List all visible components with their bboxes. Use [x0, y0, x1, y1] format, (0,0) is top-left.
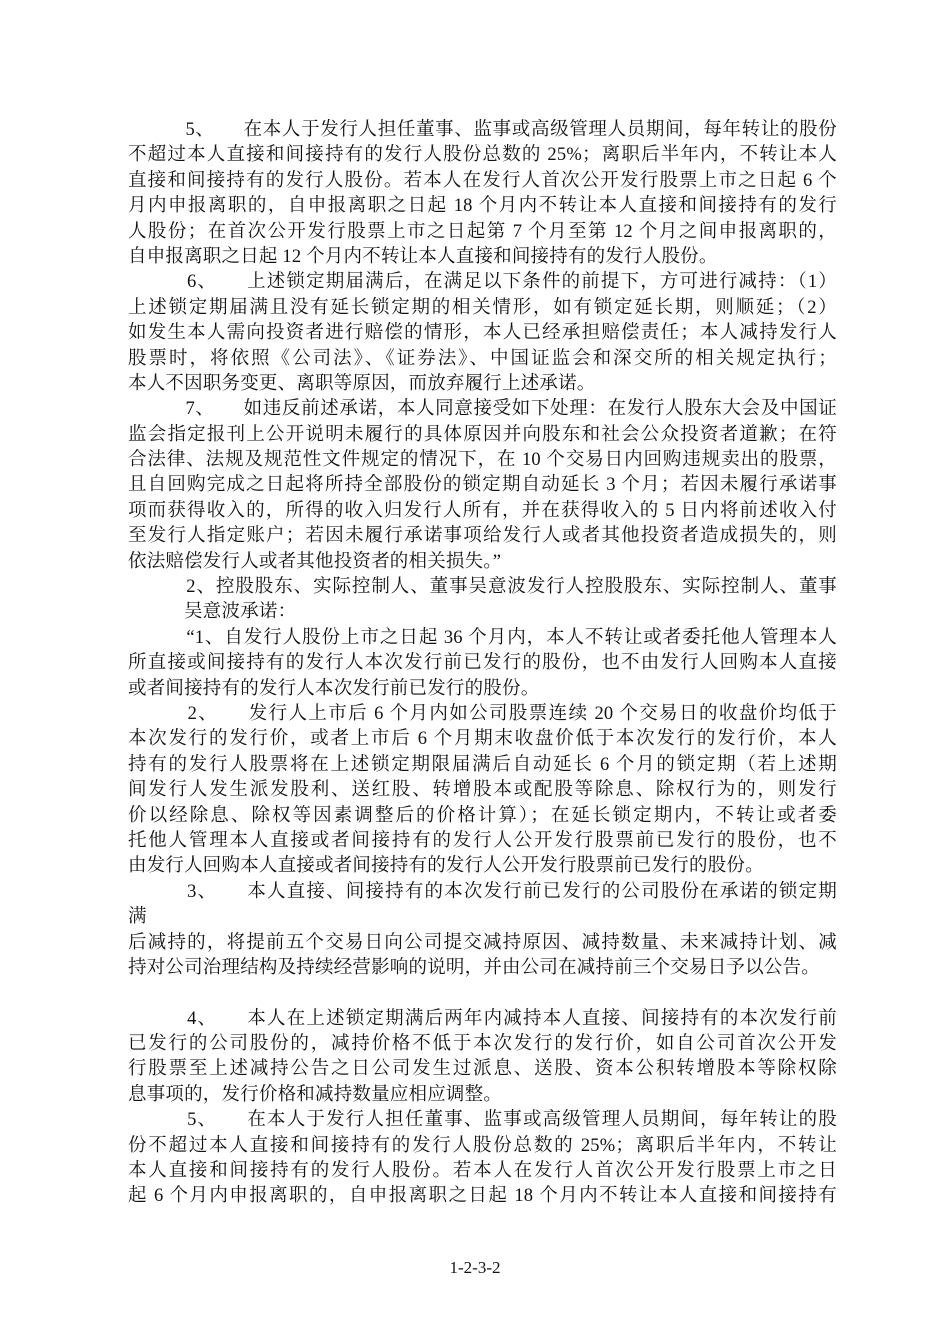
- text-line: 监会指定报刊上公开说明未履行的具体原因并向股东和社会公众投资者道歉；在符: [128, 423, 837, 448]
- text-line: 至发行人指定账户；若因未履行承诺事项给发行人或者其他投资者造成损失的，则: [128, 524, 837, 549]
- text-line: 满: [128, 905, 837, 930]
- text-line: 5、 在本人于发行人担任董事、监事或高级管理人员期间，每年转让的股份: [128, 118, 837, 143]
- text-line: 股票时，将依照《公司法》、《证券法》、中国证监会和深交所的相关规定执行；: [128, 347, 837, 372]
- text-line: 上述锁定期届满且没有延长锁定期的相关情形，如有锁定延长期，则顺延；（2）: [128, 296, 837, 321]
- text-line: 6、 上述锁定期届满后，在满足以下条件的前提下，方可进行减持：（1）: [128, 270, 837, 295]
- text-line: 合法律、法规及规范性文件规定的情况下，在 10 个交易日内回购违规卖出的股票，: [128, 448, 837, 473]
- text-line: 2、控股股东、实际控制人、董事吴意波发行人控股股东、实际控制人、董事: [128, 575, 837, 600]
- blank-spacer: [128, 981, 837, 1006]
- commitment-3-pre-reduction-disclosure: 3、 本人直接、间接持有的本次发行前已发行的公司股份在承诺的锁定期满后减持的，将…: [128, 880, 837, 982]
- item-6-post-lockup-reduction-conditions: 6、 上述锁定期届满后，在满足以下条件的前提下，方可进行减持：（1）上述锁定期届…: [128, 270, 837, 397]
- paragraphs: 5、 在本人于发行人担任董事、监事或高级管理人员期间，每年转让的股份不超过本人直…: [128, 118, 837, 1210]
- text-line: 份不超过本人直接和间接持有的发行人股份总数的 25%；离职后半年内，不转让: [128, 1134, 837, 1159]
- text-line: 由发行人回购本人直接或者间接持有的发行人公开发行股票前已发行的股份。: [128, 854, 837, 879]
- text-line: 所直接或间接持有的发行人本次发行前已发行的股份，也不由发行人回购本人直接: [128, 651, 837, 676]
- text-line: 自申报离职之日起 12 个月内不转让本人直接和间接持有的发行人股份。: [128, 245, 837, 270]
- text-line: 人股份；在首次公开发行股票上市之日起第 7 个月至第 12 个月之间申报离职的，: [128, 220, 837, 245]
- document-page: 5、 在本人于发行人担任董事、监事或高级管理人员期间，每年转让的股份不超过本人直…: [0, 0, 950, 1344]
- text-line: 持有的发行人股票将在上述锁定期限届满后自动延长 6 个月的锁定期（若上述期: [128, 753, 837, 778]
- text-line: 3、 本人直接、间接持有的本次发行前已发行的公司股份在承诺的锁定期: [128, 880, 837, 905]
- text-line: 本次发行的发行价，或者上市后 6 个月期末收盘价低于本次发行的发行价，本人: [128, 727, 837, 752]
- text-line: 5、 在本人于发行人担任董事、监事或高级管理人员期间，每年转让的股: [128, 1108, 837, 1133]
- text-line: 行股票至上述减持公告之日公司发生过派息、送股、资本公积转增股本等除权除: [128, 1057, 837, 1082]
- text-line: 托他人管理本人直接或者间接持有的发行人公开发行股票前已发行的股份，也不: [128, 829, 837, 854]
- text-line: 7、 如违反前述承诺，本人同意接受如下处理：在发行人股东大会及中国证: [128, 397, 837, 422]
- text-line: 月内申报离职的，自申报离职之日起 18 个月内不转让本人直接和间接持有的发行: [128, 194, 837, 219]
- text-line: 已发行的公司股份的，减持价格不低于本次发行的发行价，如自公司首次公开发: [128, 1032, 837, 1057]
- text-line: 4、 本人在上述锁定期满后两年内减持本人直接、间接持有的本次发行前: [128, 1007, 837, 1032]
- text-line: 起 6 个月内申报离职的，自申报离职之日起 18 个月内不转让本人直接和间接持有: [128, 1184, 837, 1209]
- item-5-director-annual-transfer-limit: 5、 在本人于发行人担任董事、监事或高级管理人员期间，每年转让的股份不超过本人直…: [128, 118, 837, 270]
- item-7-breach-handling: 7、 如违反前述承诺，本人同意接受如下处理：在发行人股东大会及中国证监会指定报刊…: [128, 397, 837, 575]
- text-line: 息事项的，发行价格和减持数量应相应调整。: [128, 1083, 837, 1108]
- commitment-1-36-month-lockup: “1、自发行人股份上市之日起 36 个月内，本人不转让或者委托他人管理本人所直接…: [128, 626, 837, 702]
- section-2-controlling-shareholder-heading: 2、控股股东、实际控制人、董事吴意波发行人控股股东、实际控制人、董事 吴意波承诺…: [128, 575, 837, 626]
- text-line: 项而获得收入的，所得的收入归发行人所有，并在获得收入的 5 日内将前述收入付: [128, 499, 837, 524]
- text-line: 本人不因职务变更、离职等原因，而放弃履行上述承诺。: [128, 372, 837, 397]
- text-line: 不超过本人直接和间接持有的发行人股份总数的 25%；离职后半年内，不转让本人: [128, 143, 837, 168]
- text-line: 持对公司治理结构及持续经营影响的说明，并由公司在减持前三个交易日予以公告。: [128, 956, 837, 981]
- text-line: 且自回购完成之日起将所持全部股份的锁定期自动延长 3 个月；若因未履行承诺事: [128, 473, 837, 498]
- text-line: 本人直接和间接持有的发行人股份。若本人在发行人首次公开发行股票上市之日: [128, 1159, 837, 1184]
- commitment-5-director-annual-transfer-limit: 5、 在本人于发行人担任董事、监事或高级管理人员期间，每年转让的股份不超过本人直…: [128, 1108, 837, 1210]
- commitment-4-reduction-price-floor: 4、 本人在上述锁定期满后两年内减持本人直接、间接持有的本次发行前已发行的公司股…: [128, 1007, 837, 1109]
- page-number: 1-2-3-2: [0, 1256, 950, 1280]
- text-line: “1、自发行人股份上市之日起 36 个月内，本人不转让或者委托他人管理本人: [128, 626, 837, 651]
- text-line: 后减持的，将提前五个交易日向公司提交减持原因、减持数量、未来减持计划、减: [128, 931, 837, 956]
- commitment-2-price-triggered-extension: 2、 发行人上市后 6 个月内如公司股票连续 20 个交易日的收盘价均低于本次发…: [128, 702, 837, 880]
- text-line: 依法赔偿发行人或者其他投资者的相关损失。”: [128, 550, 837, 575]
- text-line: 2、 发行人上市后 6 个月内如公司股票连续 20 个交易日的收盘价均低于: [128, 702, 837, 727]
- text-line: 直接和间接持有的发行人股份。若本人在发行人首次公开发行股票上市之日起 6 个: [128, 169, 837, 194]
- text-line: 价以经除息、除权等因素调整后的价格计算）；在延长锁定期内，不转让或者委: [128, 804, 837, 829]
- text-line: 吴意波承诺：: [128, 600, 837, 625]
- text-line: 间发行人发生派发股利、送红股、转增股本或配股等除息、除权行为的，则发行: [128, 778, 837, 803]
- text-line: 如发生本人需向投资者进行赔偿的情形，本人已经承担赔偿责任；本人减持发行人: [128, 321, 837, 346]
- text-line: [128, 981, 837, 1006]
- text-line: 或者间接持有的发行人本次发行前已发行的股份。: [128, 677, 837, 702]
